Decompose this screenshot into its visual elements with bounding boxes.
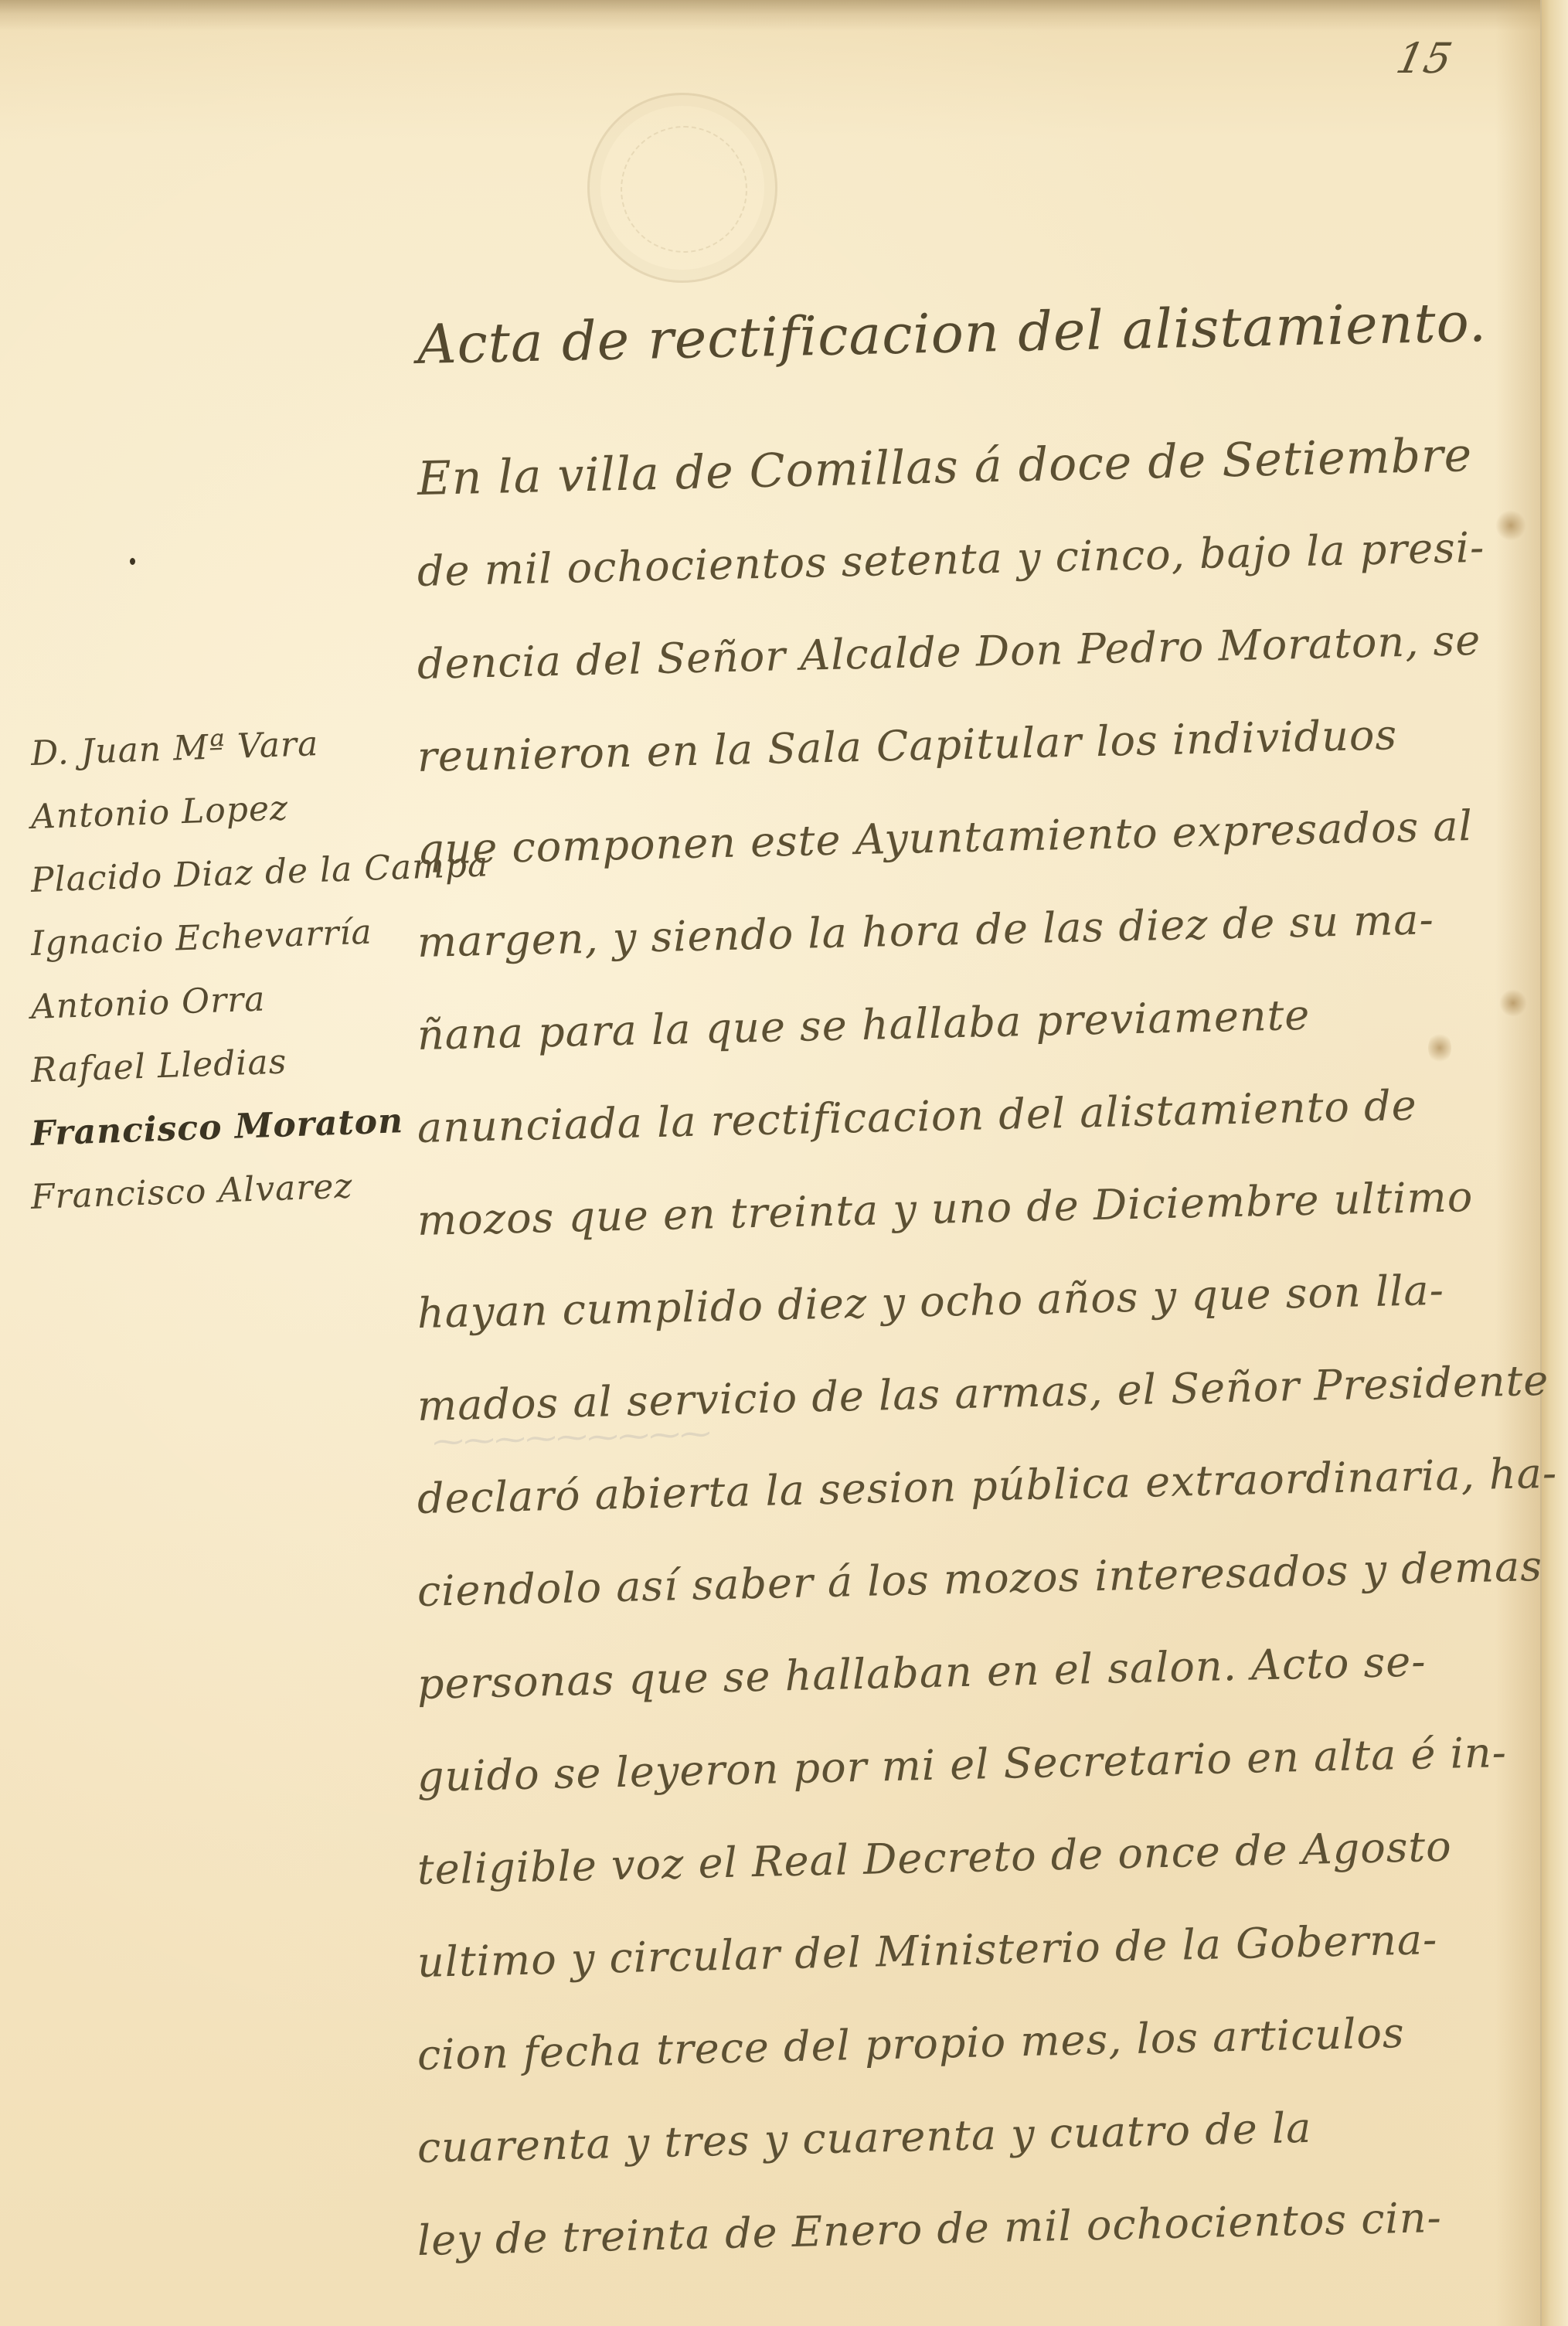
margin-name: Francisco Alvarez xyxy=(30,1152,434,1229)
embossed-seal-inner-ring xyxy=(621,126,747,253)
top-edge-stain xyxy=(0,0,1568,31)
margin-attendee-list: D. Juan Mª Vara Antonio Lopez Placido Di… xyxy=(31,723,433,1229)
folio-number: 15 xyxy=(1392,34,1457,83)
document-title: Acta de rectificacion del alistamiento. xyxy=(417,291,1487,376)
ink-dot xyxy=(130,558,135,565)
document-body: En la villa de Comillas á doce de Setiem… xyxy=(417,433,1530,2287)
torn-right-edge xyxy=(1540,0,1568,2326)
embossed-seal xyxy=(587,93,777,283)
manuscript-page: ⁓⁓⁓⁓⁓ ⁓⁓⁓⁓ 15 Acta de rectificacion del … xyxy=(0,0,1568,2326)
